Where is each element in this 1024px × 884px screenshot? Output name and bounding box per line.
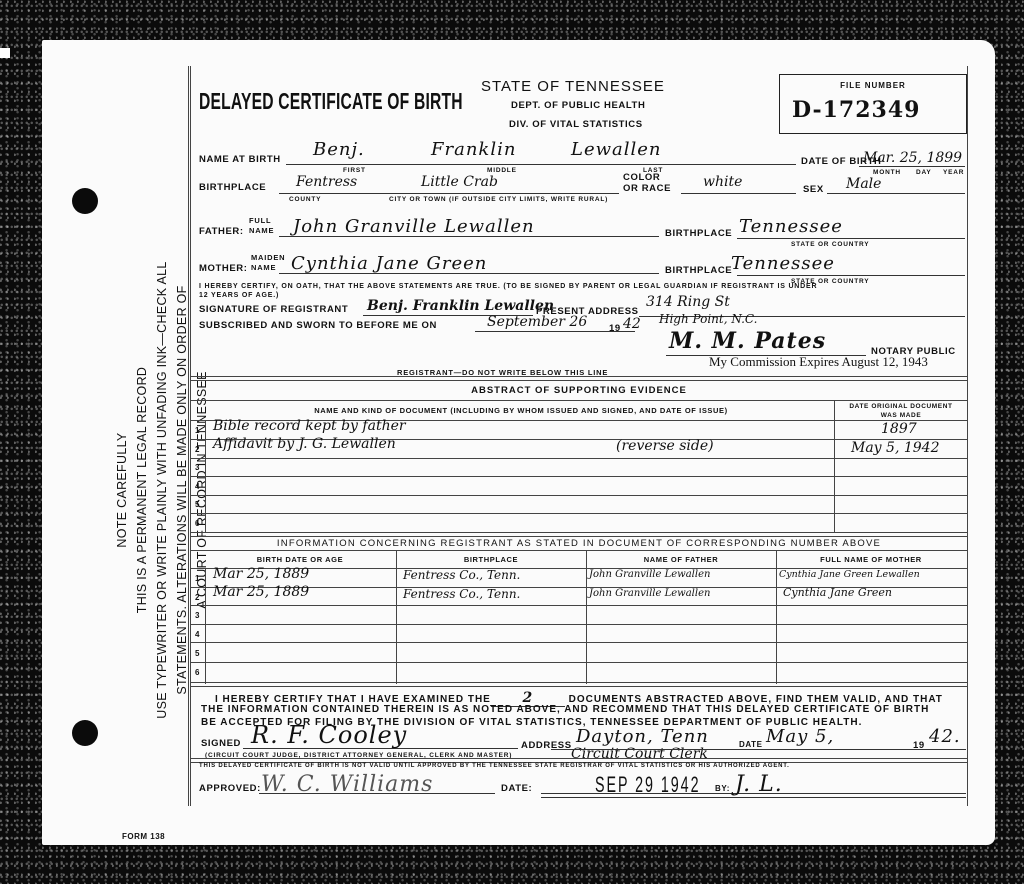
certification-date-label: DATE: [739, 740, 763, 749]
row-number: 1: [195, 426, 199, 435]
evidence-document: Bible record kept by father: [213, 418, 406, 434]
file-number-box: FILE NUMBER D-172349: [779, 74, 967, 134]
evidence-col-date-2: WAS MADE: [836, 412, 966, 419]
evidence-col-document: NAME AND KIND OF DOCUMENT (INCLUDING BY …: [211, 406, 831, 415]
info-col-mother: FULL NAME OF MOTHER: [776, 555, 966, 564]
name-at-birth-label: NAME AT BIRTH: [199, 154, 281, 165]
file-number-label: FILE NUMBER: [780, 81, 966, 90]
row-number: 4: [195, 630, 199, 639]
row-number: 2: [195, 593, 199, 602]
evidence-date: 1897: [881, 421, 917, 437]
father-full-label: FULL: [249, 216, 271, 225]
mother-birthplace-value: Tennessee: [731, 253, 835, 274]
certificate-form: DELAYED CERTIFICATE OF BIRTH STATE OF TE…: [188, 66, 968, 806]
present-address-value: 314 Ring St: [646, 294, 730, 310]
info-place: Fentress Co., Tenn.: [403, 568, 520, 582]
row-number: 5: [195, 649, 199, 658]
evidence-note: (reverse side): [616, 438, 714, 454]
dob-value: Mar. 25, 1899: [863, 150, 962, 166]
department-name: DEPT. OF PUBLIC HEALTH: [511, 100, 645, 111]
mother-name-label: NAME: [251, 263, 276, 272]
row-number: 2: [195, 445, 199, 454]
punch-hole: [72, 188, 98, 214]
evidence-document: Affidavit by J. G. Lewallen: [213, 436, 396, 452]
info-father: John Granville Lewallen: [589, 569, 710, 580]
sworn-date-value: September 26: [487, 314, 587, 330]
row-number: 6: [195, 668, 199, 677]
info-place: Fentress Co., Tenn.: [403, 587, 520, 601]
side-note-line: USE TYPEWRITER OR WRITE PLAINLY WITH UNF…: [152, 210, 172, 770]
approval-by-label: BY:: [715, 784, 730, 793]
father-birthplace-value: Tennessee: [739, 216, 843, 237]
sworn-year-value: 42: [623, 316, 641, 332]
certification-date-value: May 5,: [766, 726, 834, 747]
registrant-signature-label: SIGNATURE OF REGISTRANT: [199, 304, 348, 315]
county-label: COUNTY: [289, 196, 321, 203]
division-name: DIV. OF VITAL STATISTICS: [509, 119, 643, 130]
registrant-signature: Benj. Franklin Lewallen: [367, 298, 554, 314]
father-label: FATHER:: [199, 226, 244, 237]
info-birth: Mar 25, 1889: [213, 566, 309, 582]
info-col-place: BIRTHPLACE: [396, 555, 586, 564]
row-number: 3: [195, 463, 199, 472]
file-number: D-172349: [792, 97, 920, 123]
oath-text-2: 12 YEARS OF AGE.): [199, 292, 279, 299]
document-title: DELAYED CERTIFICATE OF BIRTH: [199, 88, 463, 115]
approval-date-label: DATE:: [501, 783, 532, 794]
info-col-father: NAME OF FATHER: [586, 555, 776, 564]
row-number: 1: [195, 574, 199, 583]
dob-year-label: YEAR: [943, 169, 964, 176]
info-title: INFORMATION CONCERNING REGISTRANT AS STA…: [191, 538, 967, 549]
mother-label: MOTHER:: [199, 263, 248, 274]
city-value: Little Crab: [421, 174, 498, 190]
father-birthplace-label: BIRTHPLACE: [665, 228, 732, 239]
info-mother: Cynthia Jane Green Lewallen: [779, 569, 920, 580]
dob-day-label: DAY: [916, 169, 932, 176]
approval-date-stamp: SEP 29 1942: [595, 772, 700, 798]
form-number: FORM 138: [122, 832, 165, 841]
punch-hole: [72, 720, 98, 746]
sworn-year-prefix: 19: [609, 323, 621, 334]
info-birth: Mar 25, 1889: [213, 584, 309, 600]
approval-notice: THIS DELAYED CERTIFICATE OF BIRTH IS NOT…: [199, 763, 790, 769]
approved-label: APPROVED:: [199, 783, 261, 794]
row-number: 4: [195, 482, 199, 491]
signed-label: SIGNED: [201, 738, 241, 749]
state-name: STATE OF TENNESSEE: [481, 78, 665, 95]
binder-tab: [0, 48, 10, 58]
color-label-2: OR RACE: [623, 183, 671, 194]
color-label: COLOR: [623, 172, 660, 183]
county-value: Fentress: [296, 174, 357, 190]
father-name-value: John Granville Lewallen: [293, 216, 535, 237]
approval-by-initials: J. L.: [735, 772, 783, 797]
row-number: 3: [195, 611, 199, 620]
row-number: 6: [195, 519, 199, 528]
side-note-heading: NOTE CAREFULLY: [112, 210, 132, 770]
oath-text: I HEREBY CERTIFY, ON OATH, THAT THE ABOV…: [199, 283, 817, 290]
certification-line-2: THE INFORMATION CONTAINED THEREIN IS AS …: [201, 704, 929, 715]
sex-label: SEX: [803, 184, 824, 195]
side-note-line: THIS IS A PERMANENT LEGAL RECORD: [132, 210, 152, 770]
middle-label: MIDDLE: [487, 167, 517, 174]
birthplace-label: BIRTHPLACE: [199, 182, 266, 193]
certification-year-value: 42.: [929, 726, 961, 747]
last-name-value: Lewallen: [571, 139, 662, 160]
certifier-signature: R. F. Cooley: [251, 721, 407, 749]
info-col-birth: BIRTH DATE OR AGE: [205, 555, 395, 564]
mother-name-value: Cynthia Jane Green: [291, 253, 487, 274]
color-value: white: [703, 174, 742, 190]
dob-month-label: MONTH: [873, 169, 901, 176]
first-name-value: Benj.: [313, 139, 365, 160]
father-name-label: NAME: [249, 226, 274, 235]
evidence-title: ABSTRACT OF SUPPORTING EVIDENCE: [191, 385, 967, 396]
certifier-address-value: Dayton, Tenn: [576, 726, 709, 747]
info-father: John Granville Lewallen: [589, 588, 710, 599]
mother-maiden-label: MAIDEN: [251, 253, 285, 262]
sex-value: Male: [846, 176, 881, 192]
mother-birthplace-label: BIRTHPLACE: [665, 265, 732, 276]
notary-signature: M. M. Pates: [669, 328, 826, 354]
first-label: FIRST: [343, 167, 366, 174]
middle-name-value: Franklin: [431, 139, 516, 160]
notary-commission: My Commission Expires August 12, 1943: [709, 354, 928, 370]
approver-signature: W. C. Williams: [261, 772, 433, 797]
evidence-col-date: DATE ORIGINAL DOCUMENT: [836, 403, 966, 410]
city-label: CITY OR TOWN (IF OUTSIDE CITY LIMITS, WR…: [389, 196, 608, 203]
row-number: 5: [195, 500, 199, 509]
father-birthplace-sub: STATE OR COUNTRY: [791, 241, 869, 248]
sworn-label: SUBSCRIBED AND SWORN TO BEFORE ME ON: [199, 320, 437, 331]
present-address-value-2: High Point, N.C.: [659, 312, 757, 326]
evidence-date: May 5, 1942: [851, 440, 939, 456]
info-mother: Cynthia Jane Green: [783, 586, 892, 599]
